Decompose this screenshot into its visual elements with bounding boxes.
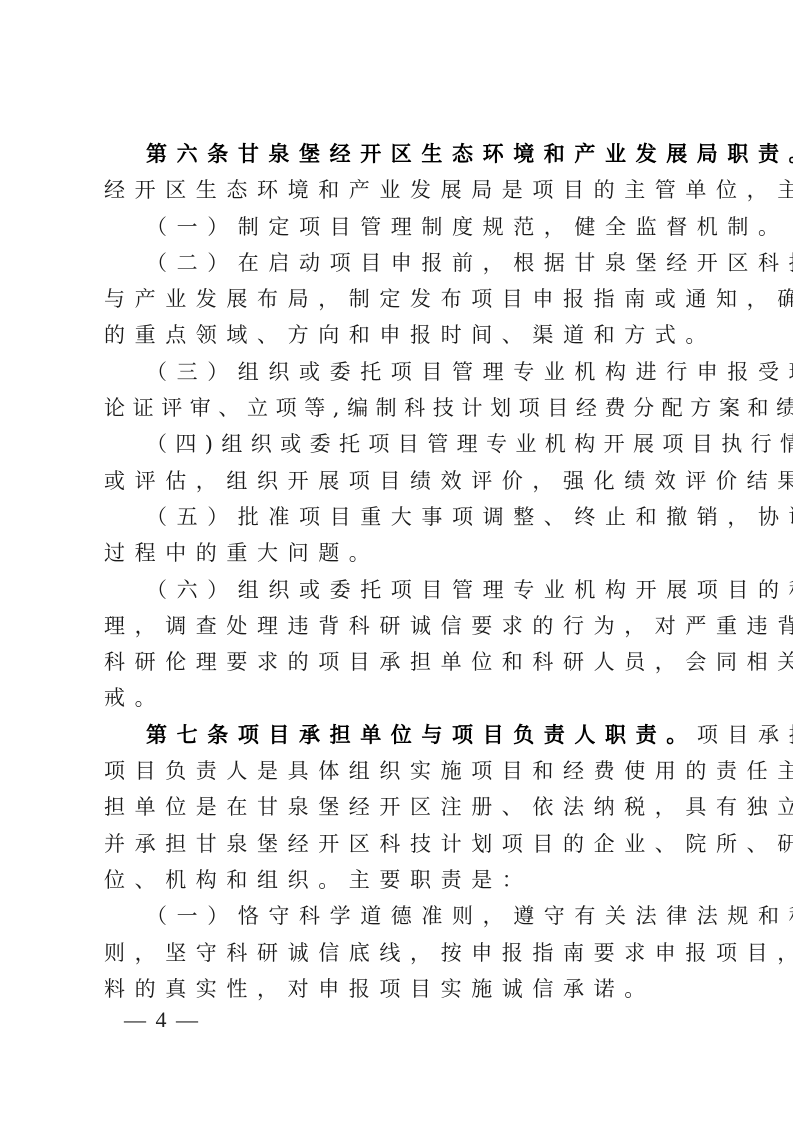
article-6-item-6-line-2: 理，调查处理违背科研诚信要求的行为，对严重违背科研诚信和 (104, 608, 694, 644)
article-7-body-line-2: 担单位是在甘泉堡经开区注册、依法纳税，具有独立法人资格， (104, 789, 694, 825)
article-6-item-2-line-2: 与产业发展布局，制定发布项目申报指南或通知，确定年度支持 (104, 281, 694, 317)
article-6-item-6-line-4: 戒。 (104, 680, 694, 716)
article-7-title: 项目承担单位与项目负责人职责。 (238, 717, 697, 753)
article-6-item-2-line-3: 的重点领域、方向和申报时间、渠道和方式。 (104, 317, 694, 353)
article-7-item-1-line-2: 则，坚守科研诚信底线，按申报指南要求申报项目，保证申报材 (104, 935, 694, 971)
article-6-item-6-line-1: （六）组织或委托项目管理专业机构开展项目的科研诚信管 (104, 572, 694, 608)
article-6-item-5-line-2: 过程中的重大问题。 (104, 535, 694, 571)
article-6-item-3-line-2: 论证评审、立项等,编制科技计划项目经费分配方案和绩效目标。 (104, 390, 694, 426)
article-7-body-line-1: 项目负责人是具体组织实施项目和经费使用的责任主体。项目承 (104, 753, 694, 789)
article-6-body-line: 经开区生态环境和产业发展局是项目的主管单位，主要职责是： (104, 172, 694, 208)
article-6-heading-line: 第六条 甘泉堡经开区生态环境和产业发展局职责。 甘泉堡 (104, 136, 694, 172)
article-7-body-line-4: 位、机构和组织。主要职责是： (104, 862, 694, 898)
article-6-item-5-line-1: （五）批准项目重大事项调整、终止和撤销，协调解决执行 (104, 499, 694, 535)
article-6-item-2-line-1: （二）在启动项目申报前，根据甘泉堡经开区科技创新规划 (104, 245, 694, 281)
article-6-item-6-line-3: 科研伦理要求的项目承担单位和科研人员，会同相关部门联合惩 (104, 644, 694, 680)
article-7-label: 第七条 (146, 717, 238, 753)
article-6-item-4-line-1: （四)组织或委托项目管理专业机构开展项目执行情况的检查 (104, 426, 694, 462)
article-7-heading-tail: 项目承担单位与 (697, 717, 793, 753)
article-7-item-1-line-1: （一）恪守科学道德准则，遵守有关法律法规和科技伦理准 (104, 898, 694, 934)
document-body: 第六条 甘泉堡经开区生态环境和产业发展局职责。 甘泉堡 经开区生态环境和产业发展… (104, 136, 694, 1007)
page-number: — 4 — (124, 1007, 200, 1033)
article-7-body-line-3: 并承担甘泉堡经开区科技计划项目的企业、院所、研发类事业单 (104, 826, 694, 862)
article-6-label: 第六条 (146, 136, 238, 172)
document-page: 第六条 甘泉堡经开区生态环境和产业发展局职责。 甘泉堡 经开区生态环境和产业发展… (0, 0, 793, 1122)
article-7-heading-line: 第七条 项目承担单位与项目负责人职责。 项目承担单位与 (104, 717, 694, 753)
article-6-item-3-line-1: （三）组织或委托项目管理专业机构进行申报受理、勘验、 (104, 354, 694, 390)
article-6-item-4-line-2: 或评估，组织开展项目绩效评价，强化绩效评价结果的应用。 (104, 463, 694, 499)
article-6-item-1-line-1: （一）制定项目管理制度规范，健全监督机制。 (104, 209, 694, 245)
article-6-title: 甘泉堡经开区生态环境和产业发展局职责。 (238, 136, 793, 172)
article-7-item-1-line-3: 料的真实性，对申报项目实施诚信承诺。 (104, 971, 694, 1007)
